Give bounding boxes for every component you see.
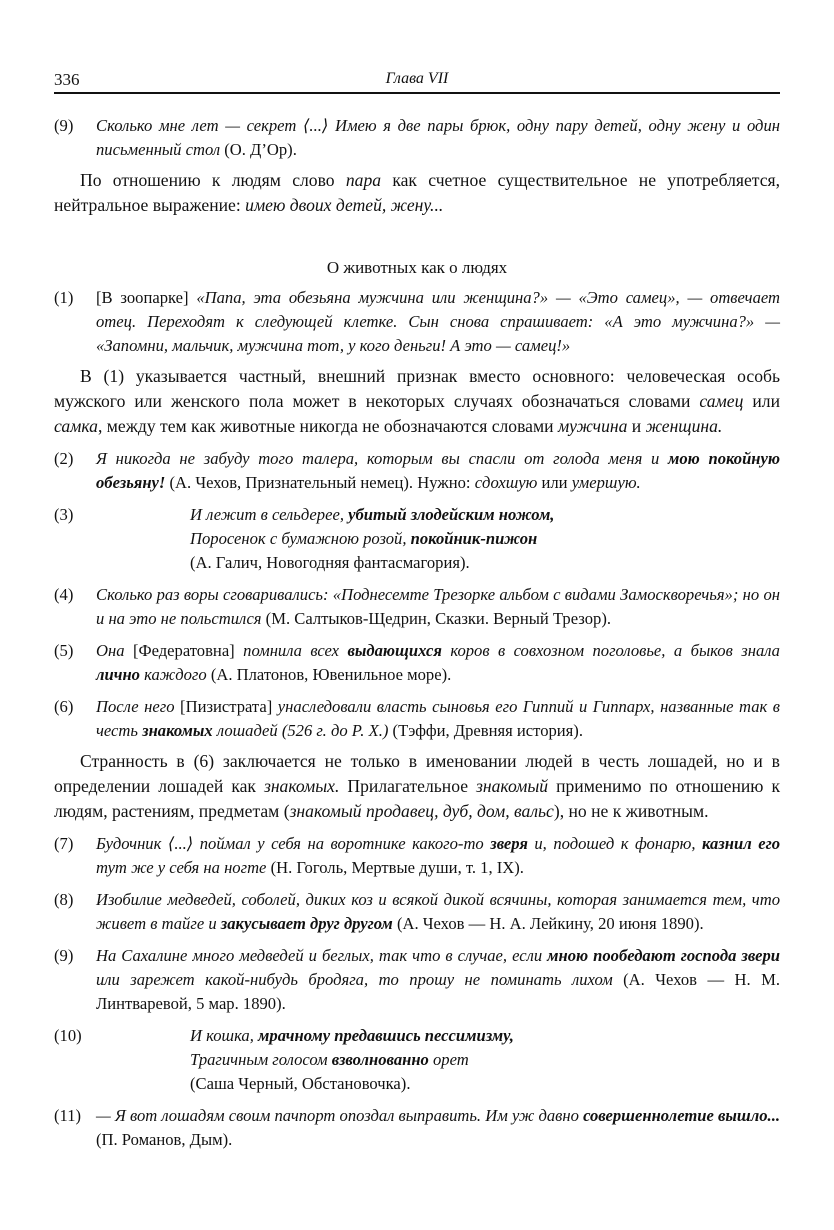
text-run: В (1) указывается частный, внешний призн… [54, 366, 780, 411]
section-title: О животных как о людях [54, 258, 780, 278]
example-number: (10) [54, 1024, 190, 1096]
example-text: Я никогда не забуду того талера, которым… [96, 447, 780, 495]
running-head: Глава VII [54, 70, 780, 88]
text-run: И кошка, [190, 1026, 258, 1045]
example-9a: (9) Сколько мне лет — секрет ⟨...⟩ Имею … [54, 114, 780, 162]
text-run: тут же у себя на ногте [96, 858, 266, 877]
text-run: После него [96, 697, 175, 716]
text-run: На Сахалине много медведей и беглых, так… [96, 946, 547, 965]
example-8: (8) Изобилие медведей, соболей, диких ко… [54, 888, 780, 936]
example-text: [В зоопарке] «Папа, эта обезьяна мужчина… [96, 286, 780, 358]
example-text: Она [Федератовна] помнила всех выдающихс… [96, 639, 780, 687]
text-run: выдающихся [347, 641, 441, 660]
verse-line: И кошка, мрачному предавшись пессимизму, [190, 1024, 514, 1048]
example-number: (6) [54, 695, 96, 743]
text-run: «Папа, эта обезьяна мужчина или женщина?… [96, 288, 780, 355]
example-text: После него [Пизистрата] унаследовали вла… [96, 695, 780, 743]
text-run: Трагичным голосом [190, 1050, 332, 1069]
example-number: (9) [54, 114, 96, 162]
text-run: лично [96, 665, 140, 684]
example-text: Сколько мне лет — секрет ⟨...⟩ Имею я дв… [96, 114, 780, 162]
example-text: Сколько раз воры сговаривались: «Поднесе… [96, 583, 780, 631]
text-run: помнила всех [243, 641, 347, 660]
example-text: — Я вот лошадям своим пачпорт опоздал вы… [96, 1104, 780, 1152]
verse-line: Трагичным голосом взволнованно орет [190, 1048, 514, 1072]
text-run: Я никогда не забуду того талера, которым… [96, 449, 668, 468]
text-run: (М. Салтыков-Щедрин, Сказки. Верный Трез… [262, 609, 611, 628]
example-number: (2) [54, 447, 96, 495]
text-run: и [627, 416, 645, 436]
page-header: 336 Глава VII [54, 66, 780, 94]
text-run: Прилагательное [339, 776, 476, 796]
text-run: ), но не к животным. [554, 801, 709, 821]
example-11: (11) — Я вот лошадям своим пачпорт опозд… [54, 1104, 780, 1152]
text-run: знакомых [142, 721, 213, 740]
text-run: зверя [490, 834, 528, 853]
text-run: закусывает друг другом [221, 914, 393, 933]
verse-line: И лежит в сельдерее, убитый злодейским н… [190, 503, 554, 527]
example-number: (5) [54, 639, 96, 687]
example-6: (6) После него [Пизистрата] унаследовали… [54, 695, 780, 743]
paragraph-2: В (1) указывается частный, внешний призн… [54, 364, 780, 439]
text-run: [Федератовна] [125, 641, 244, 660]
text-run: Поросенок с бумажною розой, [190, 529, 411, 548]
text-run: и, подошед к фонарю, [528, 834, 702, 853]
text-run: взволнованно [332, 1050, 429, 1069]
example-number: (4) [54, 583, 96, 631]
text-run: — Я вот лошадям своим пачпорт опоздал вы… [96, 1106, 583, 1125]
text-run: (Тэффи, Древняя история). [388, 721, 583, 740]
example-number: (3) [54, 503, 190, 575]
example-number: (1) [54, 286, 96, 358]
text-run: (Саша Черный, Обстановочка). [190, 1074, 410, 1093]
example-text: Изобилие медведей, соболей, диких коз и … [96, 888, 780, 936]
text-run: (П. Романов, Дым). [96, 1130, 232, 1149]
text-run: (Н. Гоголь, Мертвые души, т. 1, IX). [266, 858, 524, 877]
paragraph-3: Странность в (6) заключается не только в… [54, 749, 780, 824]
text-run: женщина. [646, 416, 723, 436]
example-10-verse: (10) И кошка, мрачному предавшись пессим… [54, 1024, 780, 1096]
text-run: знакомый продавец, дуб, дом, вальс [290, 801, 554, 821]
book-page: 336 Глава VII (9) Сколько мне лет — секр… [54, 66, 780, 1152]
text-run: самец [699, 391, 743, 411]
text-run: мужчина [558, 416, 627, 436]
text-run: (А. Чехов, Признательный немец). Нужно: [165, 473, 474, 492]
text-run: (О. Д’Ор). [220, 140, 297, 159]
example-text: Будочник ⟨...⟩ поймал у себя на воротник… [96, 832, 780, 880]
text-run: имею двоих детей, жену... [245, 195, 443, 215]
example-2: (2) Я никогда не забуду того талера, кот… [54, 447, 780, 495]
text-run: коров в совхозном поголовье, а быков зна… [442, 641, 780, 660]
text-run: , между тем как животные никогда не обоз… [98, 416, 558, 436]
text-run: или [537, 473, 571, 492]
example-4: (4) Сколько раз воры сговаривались: «Под… [54, 583, 780, 631]
text-run: самка [54, 416, 98, 436]
text-run: (А. Платонов, Ювенильное море). [207, 665, 452, 684]
text-run: мрачному предавшись пессимизму, [258, 1026, 514, 1045]
example-number: (7) [54, 832, 96, 880]
text-run: казнил его [702, 834, 780, 853]
text-run: сдохшую [475, 473, 538, 492]
text-run: каждого [140, 665, 207, 684]
text-run: (А. Чехов — Н. А. Лейкину, 20 июня 1890)… [393, 914, 704, 933]
verse-lines: И кошка, мрачному предавшись пессимизму,… [190, 1024, 514, 1096]
verse-lines: И лежит в сельдерее, убитый злодейским н… [190, 503, 554, 575]
example-number: (9) [54, 944, 96, 1016]
text-run: умершую. [572, 473, 641, 492]
text-run: (А. Галич, Новогодняя фантасмагория). [190, 553, 470, 572]
text-run: мною пообедают господа звери [547, 946, 780, 965]
paragraph-1: По отношению к людям слово пара как счет… [54, 168, 780, 218]
text-run: Сколько мне лет — секрет ⟨...⟩ Имею я дв… [96, 116, 780, 159]
example-7: (7) Будочник ⟨...⟩ поймал у себя на воро… [54, 832, 780, 880]
text-run: или зарежет какой-нибудь бродяга, то про… [96, 970, 613, 989]
example-number: (8) [54, 888, 96, 936]
text-run: Будочник ⟨...⟩ поймал у себя на воротник… [96, 834, 490, 853]
text-run: убитый злодейским ножом, [348, 505, 554, 524]
text-run: орет [429, 1050, 469, 1069]
example-9b: (9) На Сахалине много медведей и беглых,… [54, 944, 780, 1016]
text-run: Она [96, 641, 125, 660]
verse-line: Поросенок с бумажною розой, покойник-пиж… [190, 527, 554, 551]
text-run: [В зоопарке] [96, 288, 196, 307]
text-run: знакомый [476, 776, 548, 796]
text-run: И лежит в сельдерее, [190, 505, 348, 524]
text-run: совершеннолетие вышло... [583, 1106, 780, 1125]
example-1: (1) [В зоопарке] «Папа, эта обезьяна муж… [54, 286, 780, 358]
example-5: (5) Она [Федератовна] помнила всех выдаю… [54, 639, 780, 687]
verse-line: (А. Галич, Новогодняя фантасмагория). [190, 551, 554, 575]
verse-line: (Саша Черный, Обстановочка). [190, 1072, 514, 1096]
text-run: лошадей (526 г. до Р. Х.) [213, 721, 389, 740]
example-text: На Сахалине много медведей и беглых, так… [96, 944, 780, 1016]
text-run: покойник-пижон [411, 529, 538, 548]
text-run: [Пизистрата] [175, 697, 278, 716]
text-run: пара [346, 170, 381, 190]
text-run: знакомых. [264, 776, 339, 796]
text-run: По отношению к людям слово [80, 170, 346, 190]
example-number: (11) [54, 1104, 96, 1152]
example-3-verse: (3) И лежит в сельдерее, убитый злодейск… [54, 503, 780, 575]
text-run: или [743, 391, 780, 411]
